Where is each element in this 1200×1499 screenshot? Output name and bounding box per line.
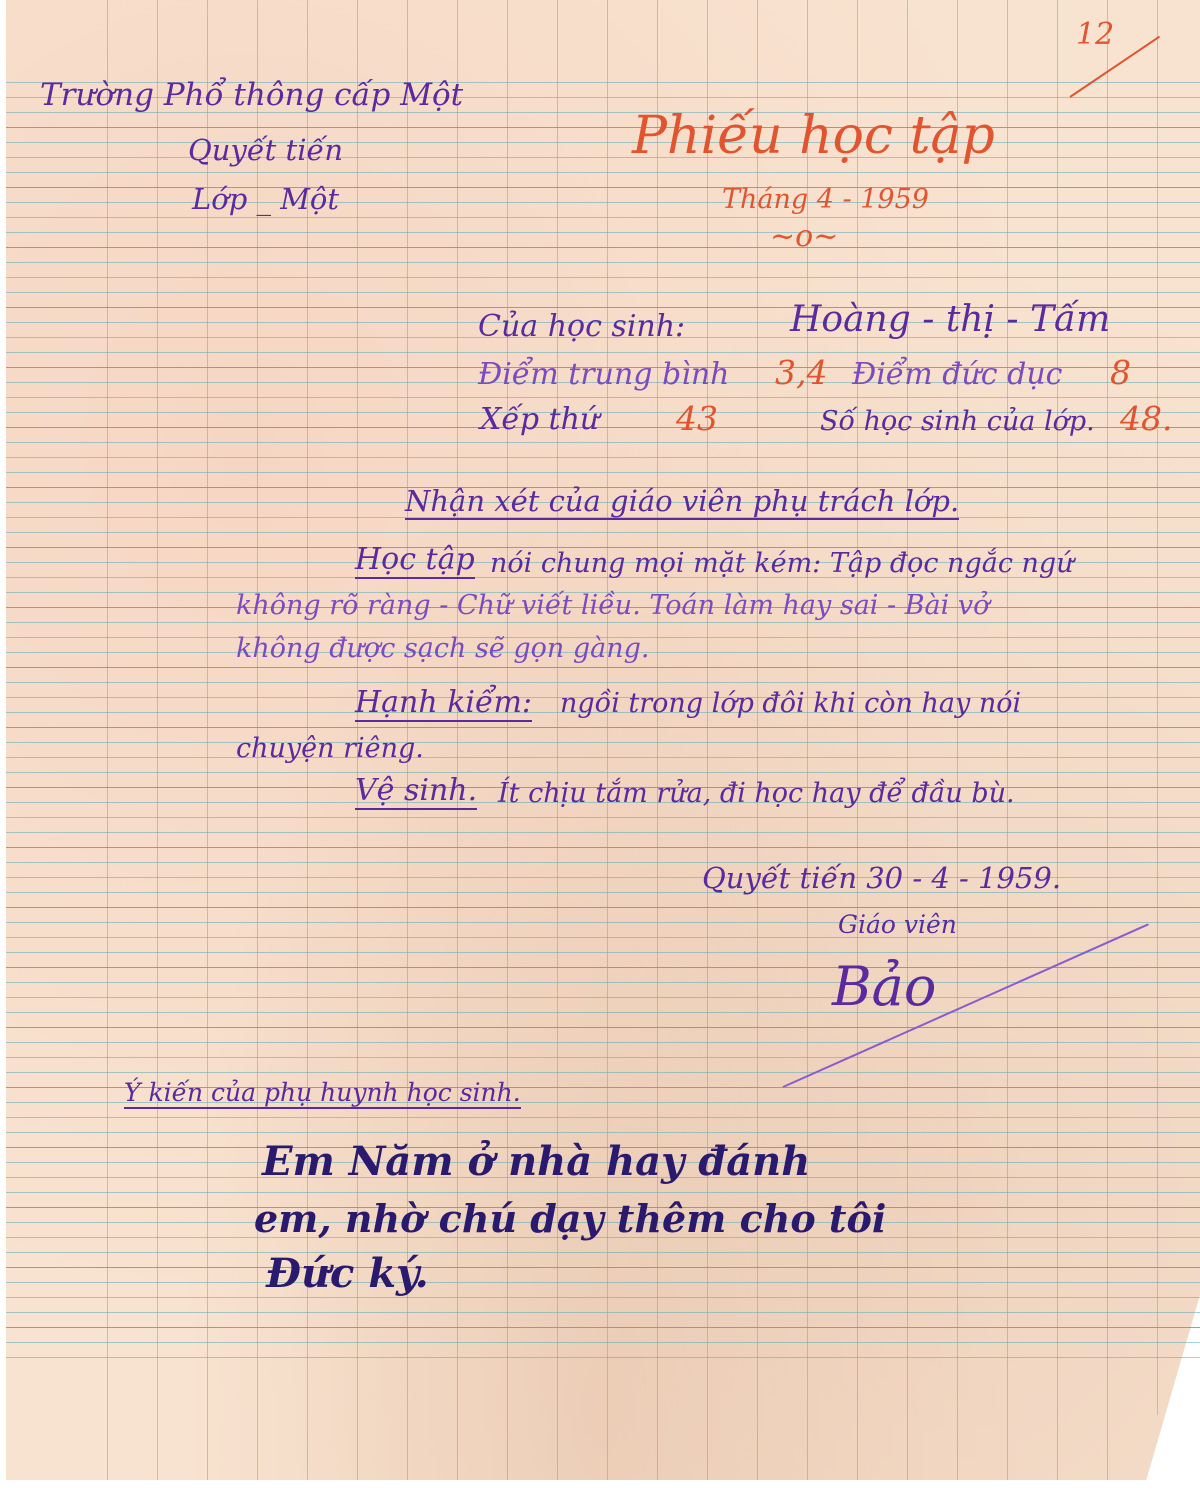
hygiene-text: Ít chịu tắm rửa, đi học hay để đầu bù.	[498, 780, 1015, 807]
average-score-value: 3,4	[775, 356, 827, 389]
conduct-score-value: 8	[1110, 356, 1131, 389]
study-text-line-2: không rõ ràng - Chữ viết liều. Toán làm …	[236, 592, 989, 619]
study-text-line-1: nói chung mọi mặt kém: Tập đọc ngắc ngứ	[490, 550, 1074, 577]
place-date: Quyết tiến 30 - 4 - 1959.	[702, 864, 1061, 893]
parent-text-line-2: em, nhờ chú dạy thêm cho tôi	[254, 1200, 886, 1238]
study-text-line-3: không được sạch sẽ gọn gàng.	[236, 635, 650, 662]
parent-heading: Ý kiến của phụ huynh học sinh.	[124, 1080, 521, 1109]
conduct-text-line-2: chuyện riêng.	[236, 735, 424, 762]
parent-text-line-1: Em Năm ở nhà hay đánh	[262, 1142, 810, 1182]
conduct-text-line-1: ngồi trong lớp đôi khi còn hay nói	[560, 690, 1021, 717]
conduct-label: Hạnh kiểm:	[355, 688, 532, 722]
title-main: Phiếu học tập	[632, 110, 995, 162]
comments-heading: Nhận xét của giáo viên phụ trách lớp.	[405, 487, 959, 520]
class-size-value: 48.	[1120, 402, 1172, 435]
study-label: Học tập	[355, 545, 475, 579]
hygiene-label: Vệ sinh.	[355, 776, 477, 810]
school-name: Trường Phổ thông cấp Một	[40, 80, 463, 111]
class-name: Lớp _ Một	[192, 185, 339, 214]
student-name-value: Hoàng - thị - Tấm	[790, 302, 1110, 338]
teacher-role: Giáo viên	[838, 912, 957, 937]
commune-name: Quyết tiến	[188, 136, 343, 165]
rank-value: 43	[676, 402, 718, 435]
page-number: 12	[1076, 20, 1114, 50]
class-size-label: Số học sinh của lớp.	[820, 408, 1095, 435]
title-month: Tháng 4 - 1959	[722, 186, 929, 213]
student-name-label: Của học sinh:	[478, 312, 685, 342]
average-score-label: Điểm trung bình	[478, 360, 729, 390]
rank-label: Xếp thứ	[480, 405, 599, 435]
conduct-score-label: Điểm đức dục	[852, 360, 1062, 390]
title-flourish: ~o~	[770, 222, 838, 252]
teacher-signature: Bảo	[832, 960, 936, 1014]
parent-text-line-3: Đức ký.	[266, 1254, 429, 1294]
